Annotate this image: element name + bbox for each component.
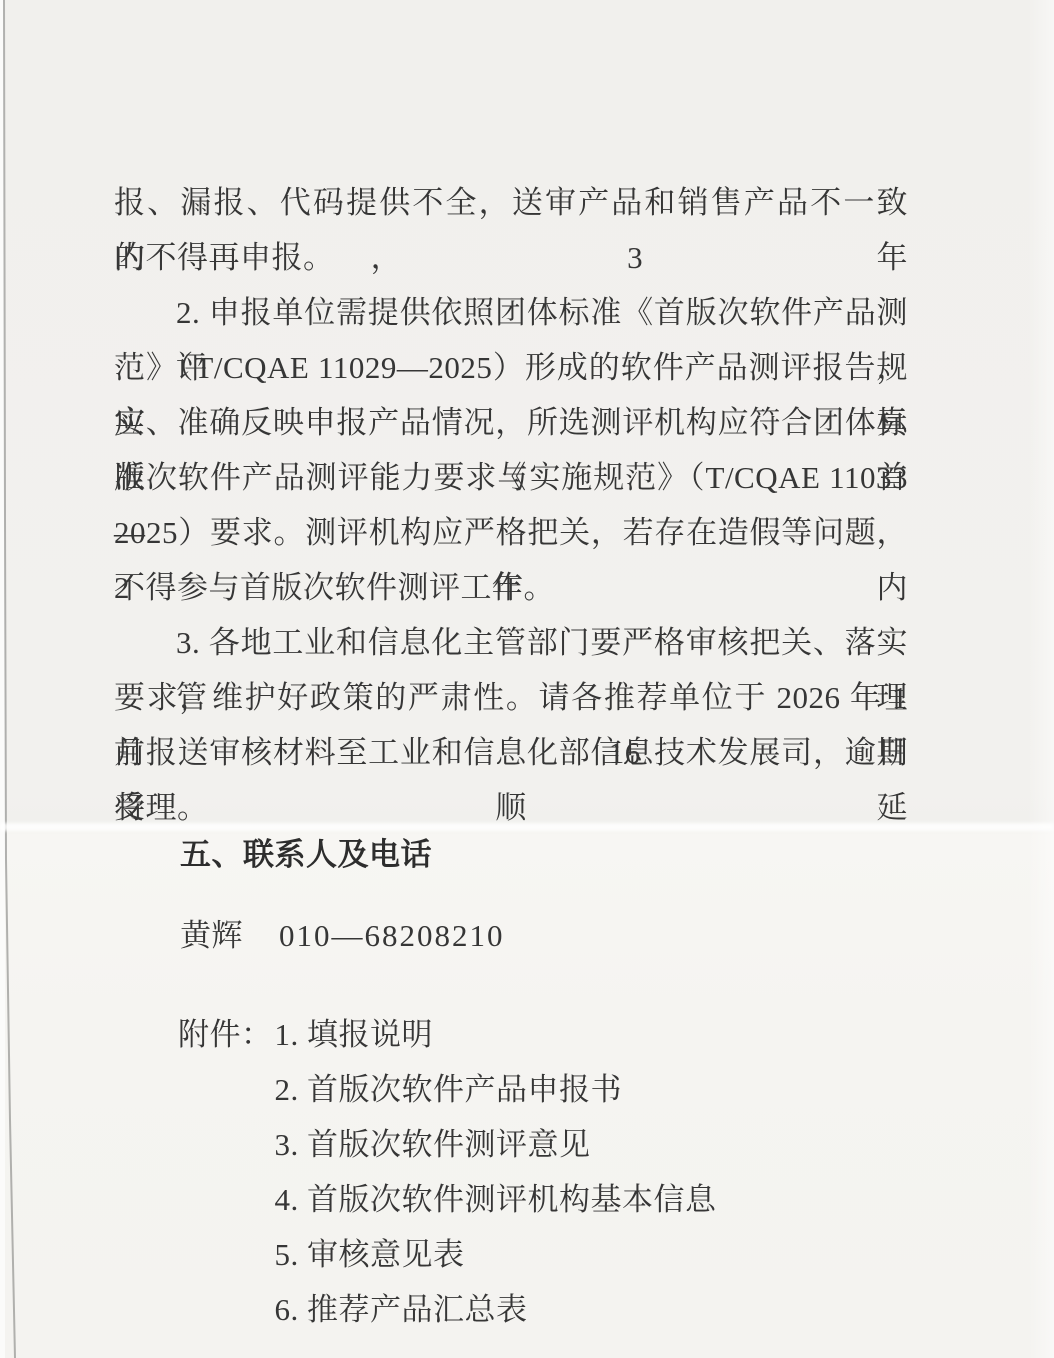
paragraph-penalty-continuation: 报、漏报、代码提供不全，送审产品和销售产品不一致的，3 年 内不得再申报。 — [114, 175, 908, 285]
scan-edge-strip — [0, 0, 5, 1358]
attachment-item: 1. 填报说明 — [275, 1017, 434, 1052]
attachment-row: 附件：5. 审核意见表 — [178, 1227, 908, 1282]
attachment-item: 2. 首版次软件产品申报书 — [275, 1072, 623, 1107]
attachment-item: 5. 审核意见表 — [275, 1237, 465, 1272]
text-line: 2. 申报单位需提供依照团体标准《首版次软件产品测评规 — [114, 285, 908, 340]
text-line: 3. 各地工业和信息化主管部门要严格审核把关、落实管理 — [114, 615, 908, 670]
text-line: 范》（T/CQAE 11029—2025）形成的软件产品测评报告，应真 — [114, 340, 908, 395]
attachment-row: 附件：3. 首版次软件测评意见 — [178, 1117, 908, 1172]
scanned-document-page: 报、漏报、代码提供不全，送审产品和销售产品不一致的，3 年 内不得再申报。 2.… — [0, 0, 1054, 1358]
text-line: 前报送审核材料至工业和信息化部信息技术发展司，逾期将顺延 — [114, 725, 908, 780]
contact-name: 黄辉 — [180, 918, 243, 953]
text-line: 版次软件产品测评能力要求与实施规范》（T/CQAE 11033— — [114, 450, 908, 505]
attachment-item: 4. 首版次软件测评机构基本信息 — [275, 1182, 717, 1217]
attachment-item: 3. 首版次软件测评意见 — [275, 1127, 591, 1162]
paragraph-item-3: 3. 各地工业和信息化主管部门要严格审核把关、落实管理 要求，维护好政策的严肃性… — [114, 615, 908, 835]
text-line: 要求，维护好政策的严肃性。请各推荐单位于 2026 年 1 月 16 日 — [114, 670, 908, 725]
document-body: 报、漏报、代码提供不全，送审产品和销售产品不一致的，3 年 内不得再申报。 2.… — [114, 175, 908, 1337]
scan-right-light-artifact — [1028, 0, 1054, 1358]
attachment-item: 6. 推荐产品汇总表 — [275, 1292, 528, 1327]
attachment-row: 附件：1. 填报说明 — [178, 1007, 908, 1062]
attachments-list: 附件：1. 填报说明 附件：2. 首版次软件产品申报书 附件：3. 首版次软件测… — [114, 1007, 908, 1337]
contact-phone: 010—68208210 — [279, 918, 505, 953]
paragraph-item-2: 2. 申报单位需提供依照团体标准《首版次软件产品测评规 范》（T/CQAE 11… — [114, 285, 908, 615]
attachment-row: 附件：6. 推荐产品汇总表 — [178, 1282, 908, 1337]
section-heading-contact: 五、联系人及电话 — [114, 827, 908, 882]
text-line: 2025）要求。测评机构应严格把关，若存在造假等问题，2 年内 — [114, 505, 908, 560]
attachment-row: 附件：2. 首版次软件产品申报书 — [178, 1062, 908, 1117]
attachment-row: 附件：4. 首版次软件测评机构基本信息 — [178, 1172, 908, 1227]
text-line: 报、漏报、代码提供不全，送审产品和销售产品不一致的，3 年 — [114, 175, 908, 230]
text-line: 实、准确反映申报产品情况，所选测评机构应符合团体标准《首 — [114, 395, 908, 450]
attachments-label: 附件： — [178, 1017, 275, 1052]
contact-line: 黄辉010—68208210 — [114, 908, 908, 963]
